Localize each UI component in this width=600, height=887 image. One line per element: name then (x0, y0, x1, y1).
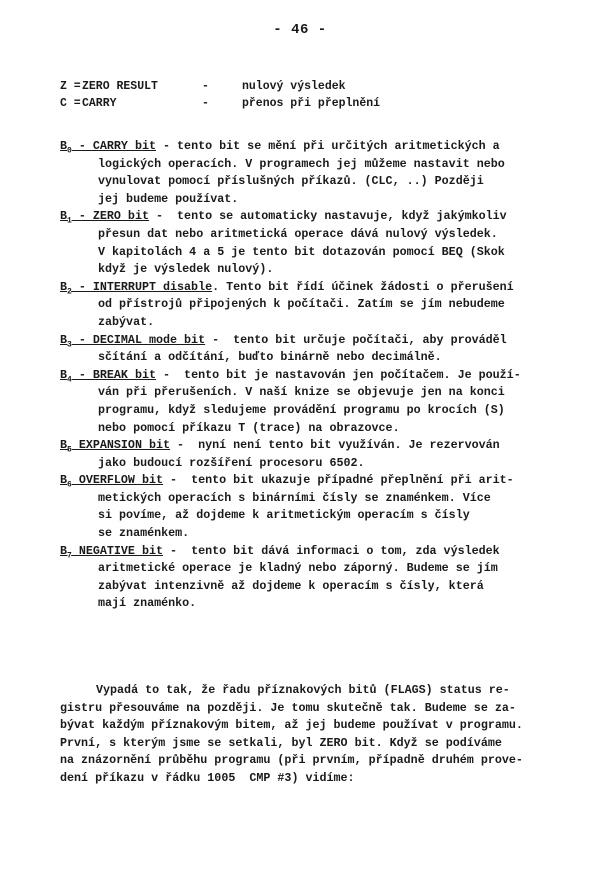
bit-name: EXPANSION bit (72, 438, 170, 452)
legend-name: ZERO RESULT (82, 80, 202, 97)
bit-name: NEGATIVE bit (72, 544, 163, 558)
bit-description-start: - tento bit ukazuje případné přeplnění p… (163, 473, 514, 487)
bit-letter: B (60, 209, 67, 223)
body-paragraph: Vypadá to tak, že řadu příznakových bitů… (60, 682, 590, 788)
bit-description-line: mají znaménko. (60, 595, 590, 613)
bit-letter: B (60, 280, 67, 294)
bit-letter: B (60, 333, 67, 347)
bit-description-start: . Tento bit řídí účinek žádosti o přeruš… (212, 280, 514, 294)
bit-name: OVERFLOW bit (72, 473, 163, 487)
bit-description-line: nebo pomocí příkazu T (trace) na obrazov… (60, 420, 590, 438)
bit-description-line: přesun dat nebo aritmetická operace dává… (60, 226, 590, 244)
bit-description-line: sčítání a odčítání, buďto binárně nebo d… (60, 349, 590, 367)
bit-label: B1 - ZERO bit (60, 209, 149, 223)
status-bit-entry: B1 - ZERO bit - tento se automaticky nas… (60, 208, 590, 278)
bit-label: B0 - CARRY bit (60, 139, 156, 153)
paragraph-line: bývat každým příznakovým bitem, až jej b… (60, 717, 590, 735)
bit-description-line: od přístrojů připojených k počítači. Zat… (60, 296, 590, 314)
legend-key: C = (60, 97, 82, 114)
bit-description-start: - tento se automaticky nastavuje, když j… (149, 209, 507, 223)
bit-description-line: zabývat intenzivně až dojdeme k operacím… (60, 578, 590, 596)
bit-first-line: B0 - CARRY bit - tento bit se mění při u… (60, 138, 590, 156)
bit-name: - ZERO bit (72, 209, 149, 223)
bit-description-line: logických operacích. V programech jej mů… (60, 156, 590, 174)
status-bit-entry: B4 - BREAK bit - tento bit je nastavován… (60, 367, 590, 437)
bit-description-line: když je výsledek nulový). (60, 261, 590, 279)
bit-name: - INTERRUPT disable (72, 280, 212, 294)
flag-legend: Z =ZERO RESULT-nulový výsledekC =CARRY-p… (60, 80, 380, 114)
legend-row: Z =ZERO RESULT-nulový výsledek (60, 80, 380, 97)
paragraph-line: na znázornění průběhu programu (při prvn… (60, 752, 590, 770)
bit-label: B4 - BREAK bit (60, 368, 156, 382)
bit-label: B5 EXPANSION bit (60, 438, 170, 452)
paragraph-line: dení příkazu v řádku 1005 CMP #3) vidíme… (60, 770, 590, 788)
bit-description-start: - tento bit je nastavován jen počítačem.… (156, 368, 521, 382)
bit-description-start: - tento bit se mění při určitých aritmet… (156, 139, 500, 153)
legend-row: C =CARRY-přenos při přeplnění (60, 97, 380, 114)
legend-description: přenos při přeplnění (242, 97, 380, 114)
bit-first-line: B6 OVERFLOW bit - tento bit ukazuje příp… (60, 472, 590, 490)
bit-letter: B (60, 473, 67, 487)
bit-first-line: B2 - INTERRUPT disable. Tento bit řídí ú… (60, 279, 590, 297)
bit-description-start: - tento bit určuje počítači, aby provádě… (205, 333, 507, 347)
bit-description-line: jako budoucí rozšíření procesoru 6502. (60, 455, 590, 473)
bit-description-line: jej budeme používat. (60, 191, 590, 209)
bit-first-line: B1 - ZERO bit - tento se automaticky nas… (60, 208, 590, 226)
bit-first-line: B3 - DECIMAL mode bit - tento bit určuje… (60, 332, 590, 350)
bit-description-line: se znaménkem. (60, 525, 590, 543)
bit-name: - BREAK bit (72, 368, 156, 382)
bit-description-line: V kapitolách 4 a 5 je tento bit dotazová… (60, 244, 590, 262)
paragraph-line: Vypadá to tak, že řadu příznakových bitů… (60, 682, 590, 700)
status-bit-entry: B6 OVERFLOW bit - tento bit ukazuje příp… (60, 472, 590, 542)
bit-first-line: B4 - BREAK bit - tento bit je nastavován… (60, 367, 590, 385)
bit-description-line: ván při přerušeních. V naší knize se obj… (60, 384, 590, 402)
paragraph-line: gistru přesouváme na později. Je tomu sk… (60, 700, 590, 718)
legend-description: nulový výsledek (242, 80, 346, 97)
status-bit-entry: B5 EXPANSION bit - nyní není tento bit v… (60, 437, 590, 472)
legend-key: Z = (60, 80, 82, 97)
bit-label: B3 - DECIMAL mode bit (60, 333, 205, 347)
bit-name: - DECIMAL mode bit (72, 333, 205, 347)
bit-letter: B (60, 438, 67, 452)
legend-name: CARRY (82, 97, 202, 114)
bit-description-line: si povíme, až dojdeme k aritmetickým ope… (60, 507, 590, 525)
bit-letter: B (60, 368, 67, 382)
bit-description-line: metických operacích s binárními čísly se… (60, 490, 590, 508)
bit-description-start: - nyní není tento bit využíván. Je rezer… (170, 438, 500, 452)
legend-dash: - (202, 97, 242, 114)
legend-dash: - (202, 80, 242, 97)
bit-description-line: aritmetické operace je kladný nebo zápor… (60, 560, 590, 578)
bit-first-line: B5 EXPANSION bit - nyní není tento bit v… (60, 437, 590, 455)
bit-description-start: - tento bit dává informaci o tom, zda vý… (163, 544, 500, 558)
status-bit-entry: B3 - DECIMAL mode bit - tento bit určuje… (60, 332, 590, 367)
bit-description-line: zabývat. (60, 314, 590, 332)
bit-letter: B (60, 544, 67, 558)
status-bit-entry: B2 - INTERRUPT disable. Tento bit řídí ú… (60, 279, 590, 332)
bit-letter: B (60, 139, 67, 153)
bit-name: - CARRY bit (72, 139, 156, 153)
status-bits-list: B0 - CARRY bit - tento bit se mění při u… (60, 138, 590, 613)
bit-label: B2 - INTERRUPT disable (60, 280, 212, 294)
bit-label: B6 OVERFLOW bit (60, 473, 163, 487)
status-bit-entry: B0 - CARRY bit - tento bit se mění při u… (60, 138, 590, 208)
page-number: - 46 - (0, 22, 600, 38)
bit-label: B7 NEGATIVE bit (60, 544, 163, 558)
bit-description-line: programu, když sledujeme provádění progr… (60, 402, 590, 420)
bit-first-line: B7 NEGATIVE bit - tento bit dává informa… (60, 543, 590, 561)
bit-description-line: vynulovat pomocí příslušných příkazů. (C… (60, 173, 590, 191)
status-bit-entry: B7 NEGATIVE bit - tento bit dává informa… (60, 543, 590, 613)
paragraph-line: První, s kterým jsme se setkali, byl ZER… (60, 735, 590, 753)
